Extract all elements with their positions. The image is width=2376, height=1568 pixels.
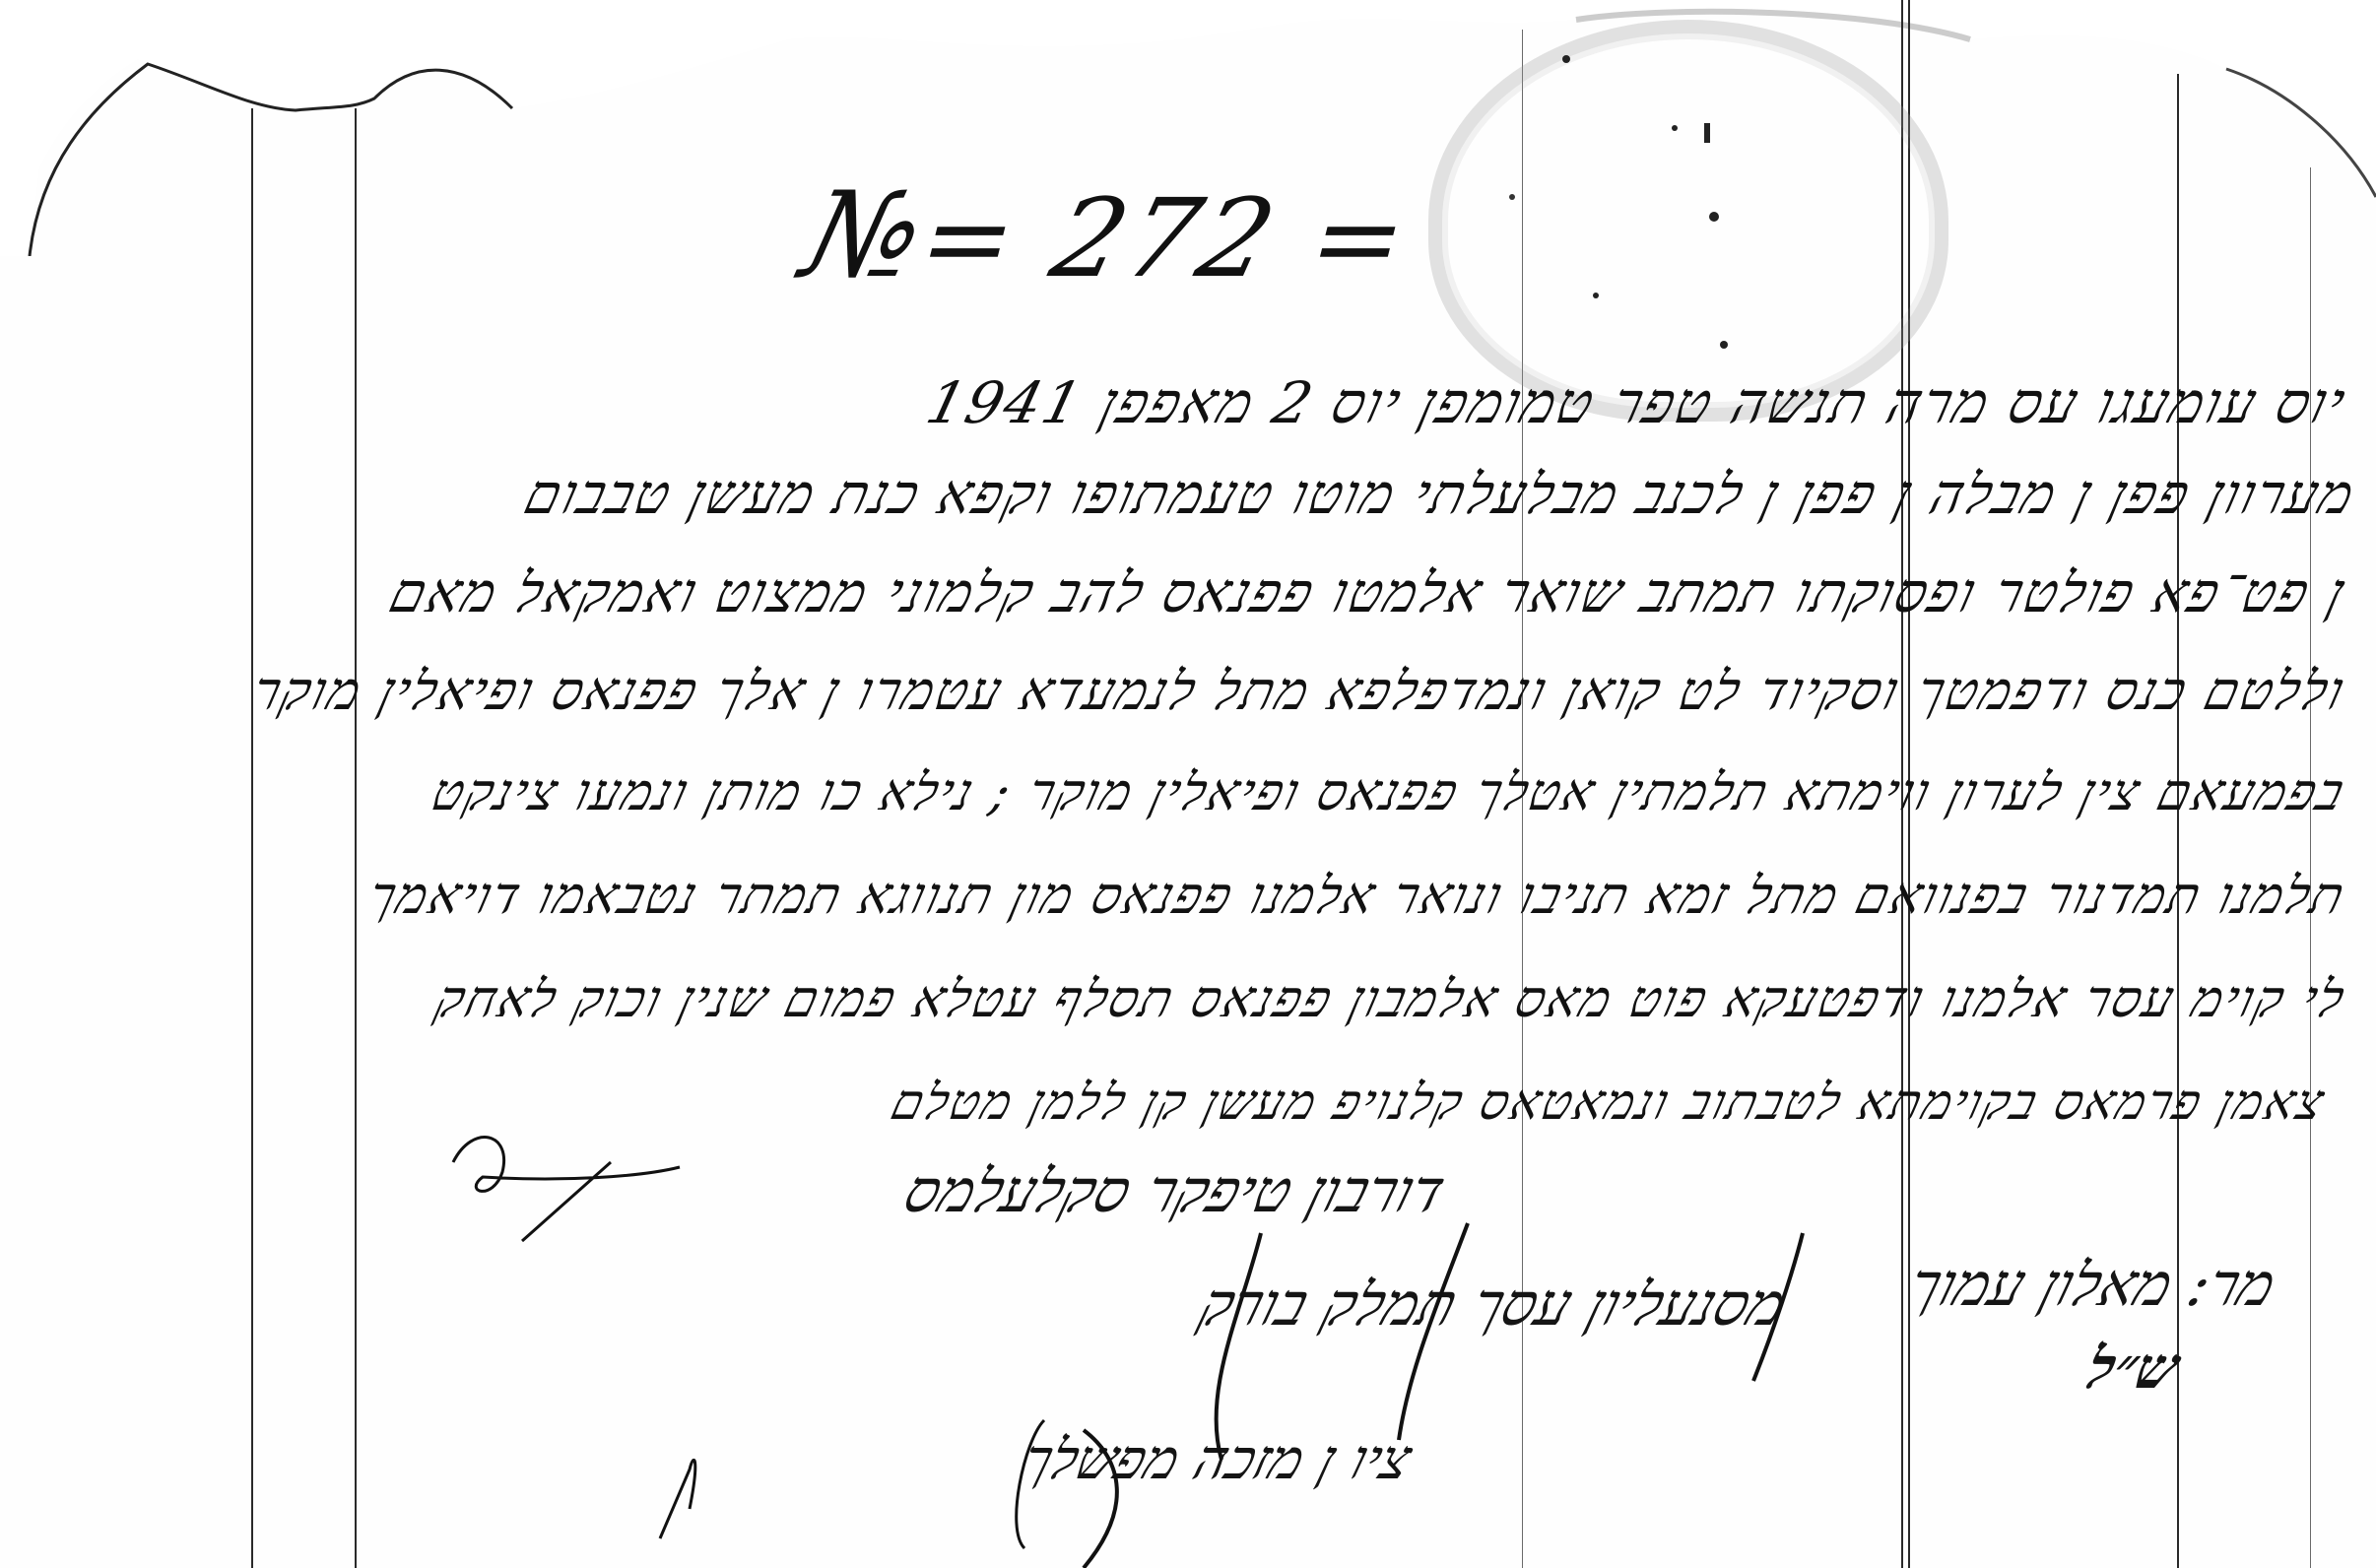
body-line: מערוון פפן ן מבלה ן פפן ן לכנב מבלעלתי מ… <box>518 463 2362 527</box>
body-line: לי קוימ עסר אלמנו ודפטעקא פוט מאס אלמבון… <box>429 970 2351 1029</box>
document-number: №​= 272 = <box>791 167 1425 304</box>
body-line: צאמן פרמאס בקוימתא לטבתוב ונמאטאס קלנויפ… <box>886 1074 2332 1131</box>
signature-flourish <box>493 1213 1872 1568</box>
body-line: בפמעאם צין לערון ווימתא תלמתין אטלך פפנא… <box>426 763 2351 822</box>
scan-specks <box>1428 20 1822 394</box>
signature: מר: מאלון עמוך <box>1901 1251 2283 1320</box>
body-line: וללטם כנס ודפמטך וסקיוד לט קואן ונמדפלפא… <box>246 660 2352 722</box>
body-line: ן פט־פא פולטר ופסוקתו תמתב שואר אלמטו פפ… <box>383 561 2352 625</box>
vertical-rule <box>251 108 253 1568</box>
initials: ש״ל <box>2079 1335 2187 1402</box>
number-value: 272 <box>1040 175 1290 301</box>
vertical-rule <box>355 108 357 1568</box>
scanned-document-page: №​= 272 = יוס עומעגו עס מרה תנשה טפר טמו… <box>0 0 2376 1568</box>
body-line: תלמנו תמדנור בפנוואם מתל זמא תניבו ונואר… <box>363 867 2351 926</box>
